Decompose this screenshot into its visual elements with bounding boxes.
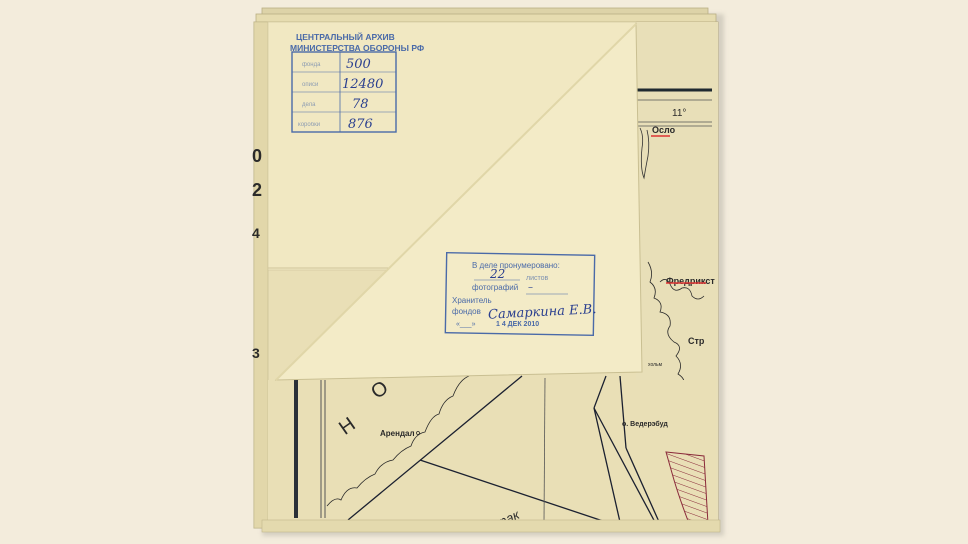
stamp-row-value: 78	[352, 97, 369, 112]
city-label-stromstad: Стр	[688, 336, 705, 346]
photos-label: фотографий	[472, 283, 518, 292]
island-label: о. Ведерэбуд	[622, 420, 668, 428]
photos-count: –	[528, 282, 533, 293]
keeper-label: фондов	[452, 307, 481, 316]
sheets-count: 22	[489, 267, 505, 281]
stamp-row-value: 500	[346, 57, 371, 72]
stamp-row-label: дела	[302, 102, 316, 108]
keeper-label: Хранитель	[452, 296, 492, 305]
stamp-row-label: описи	[302, 82, 318, 88]
stamp-row-label: коробки	[298, 122, 320, 128]
city-label-oslo: Осло	[652, 125, 676, 135]
bottom-fold	[262, 520, 720, 532]
archive-stamp-title: ЦЕНТРАЛЬНЫЙ АРХИВ	[296, 31, 395, 42]
edge-label: 2	[252, 180, 262, 200]
stamp-row-label: фонда	[302, 62, 321, 68]
edge-label: 0	[252, 146, 262, 166]
city-label-fredrikstad: Фредрикст	[666, 276, 715, 286]
edge-label: 3	[252, 345, 260, 361]
folded-map-photo: 0 2 4 3 11° Осло Фредрикст Стр хольм Н О…	[0, 0, 968, 544]
left-spine	[254, 22, 268, 528]
stamp-row-value: 876	[348, 117, 373, 132]
date-prefix: «___»	[456, 321, 476, 328]
longitude-label: 11°	[672, 108, 686, 119]
city-label-arendal: Арендал	[380, 429, 415, 438]
numbering-stamp-heading: В деле пронумеровано:	[472, 261, 560, 270]
edge-label: 4	[252, 225, 260, 241]
place-label: хольм	[648, 362, 663, 368]
stamp-row-value: 12480	[342, 77, 383, 92]
sheets-label: листов	[526, 275, 549, 282]
stamp-date: 1 4 ДЕК 2010	[496, 321, 539, 328]
